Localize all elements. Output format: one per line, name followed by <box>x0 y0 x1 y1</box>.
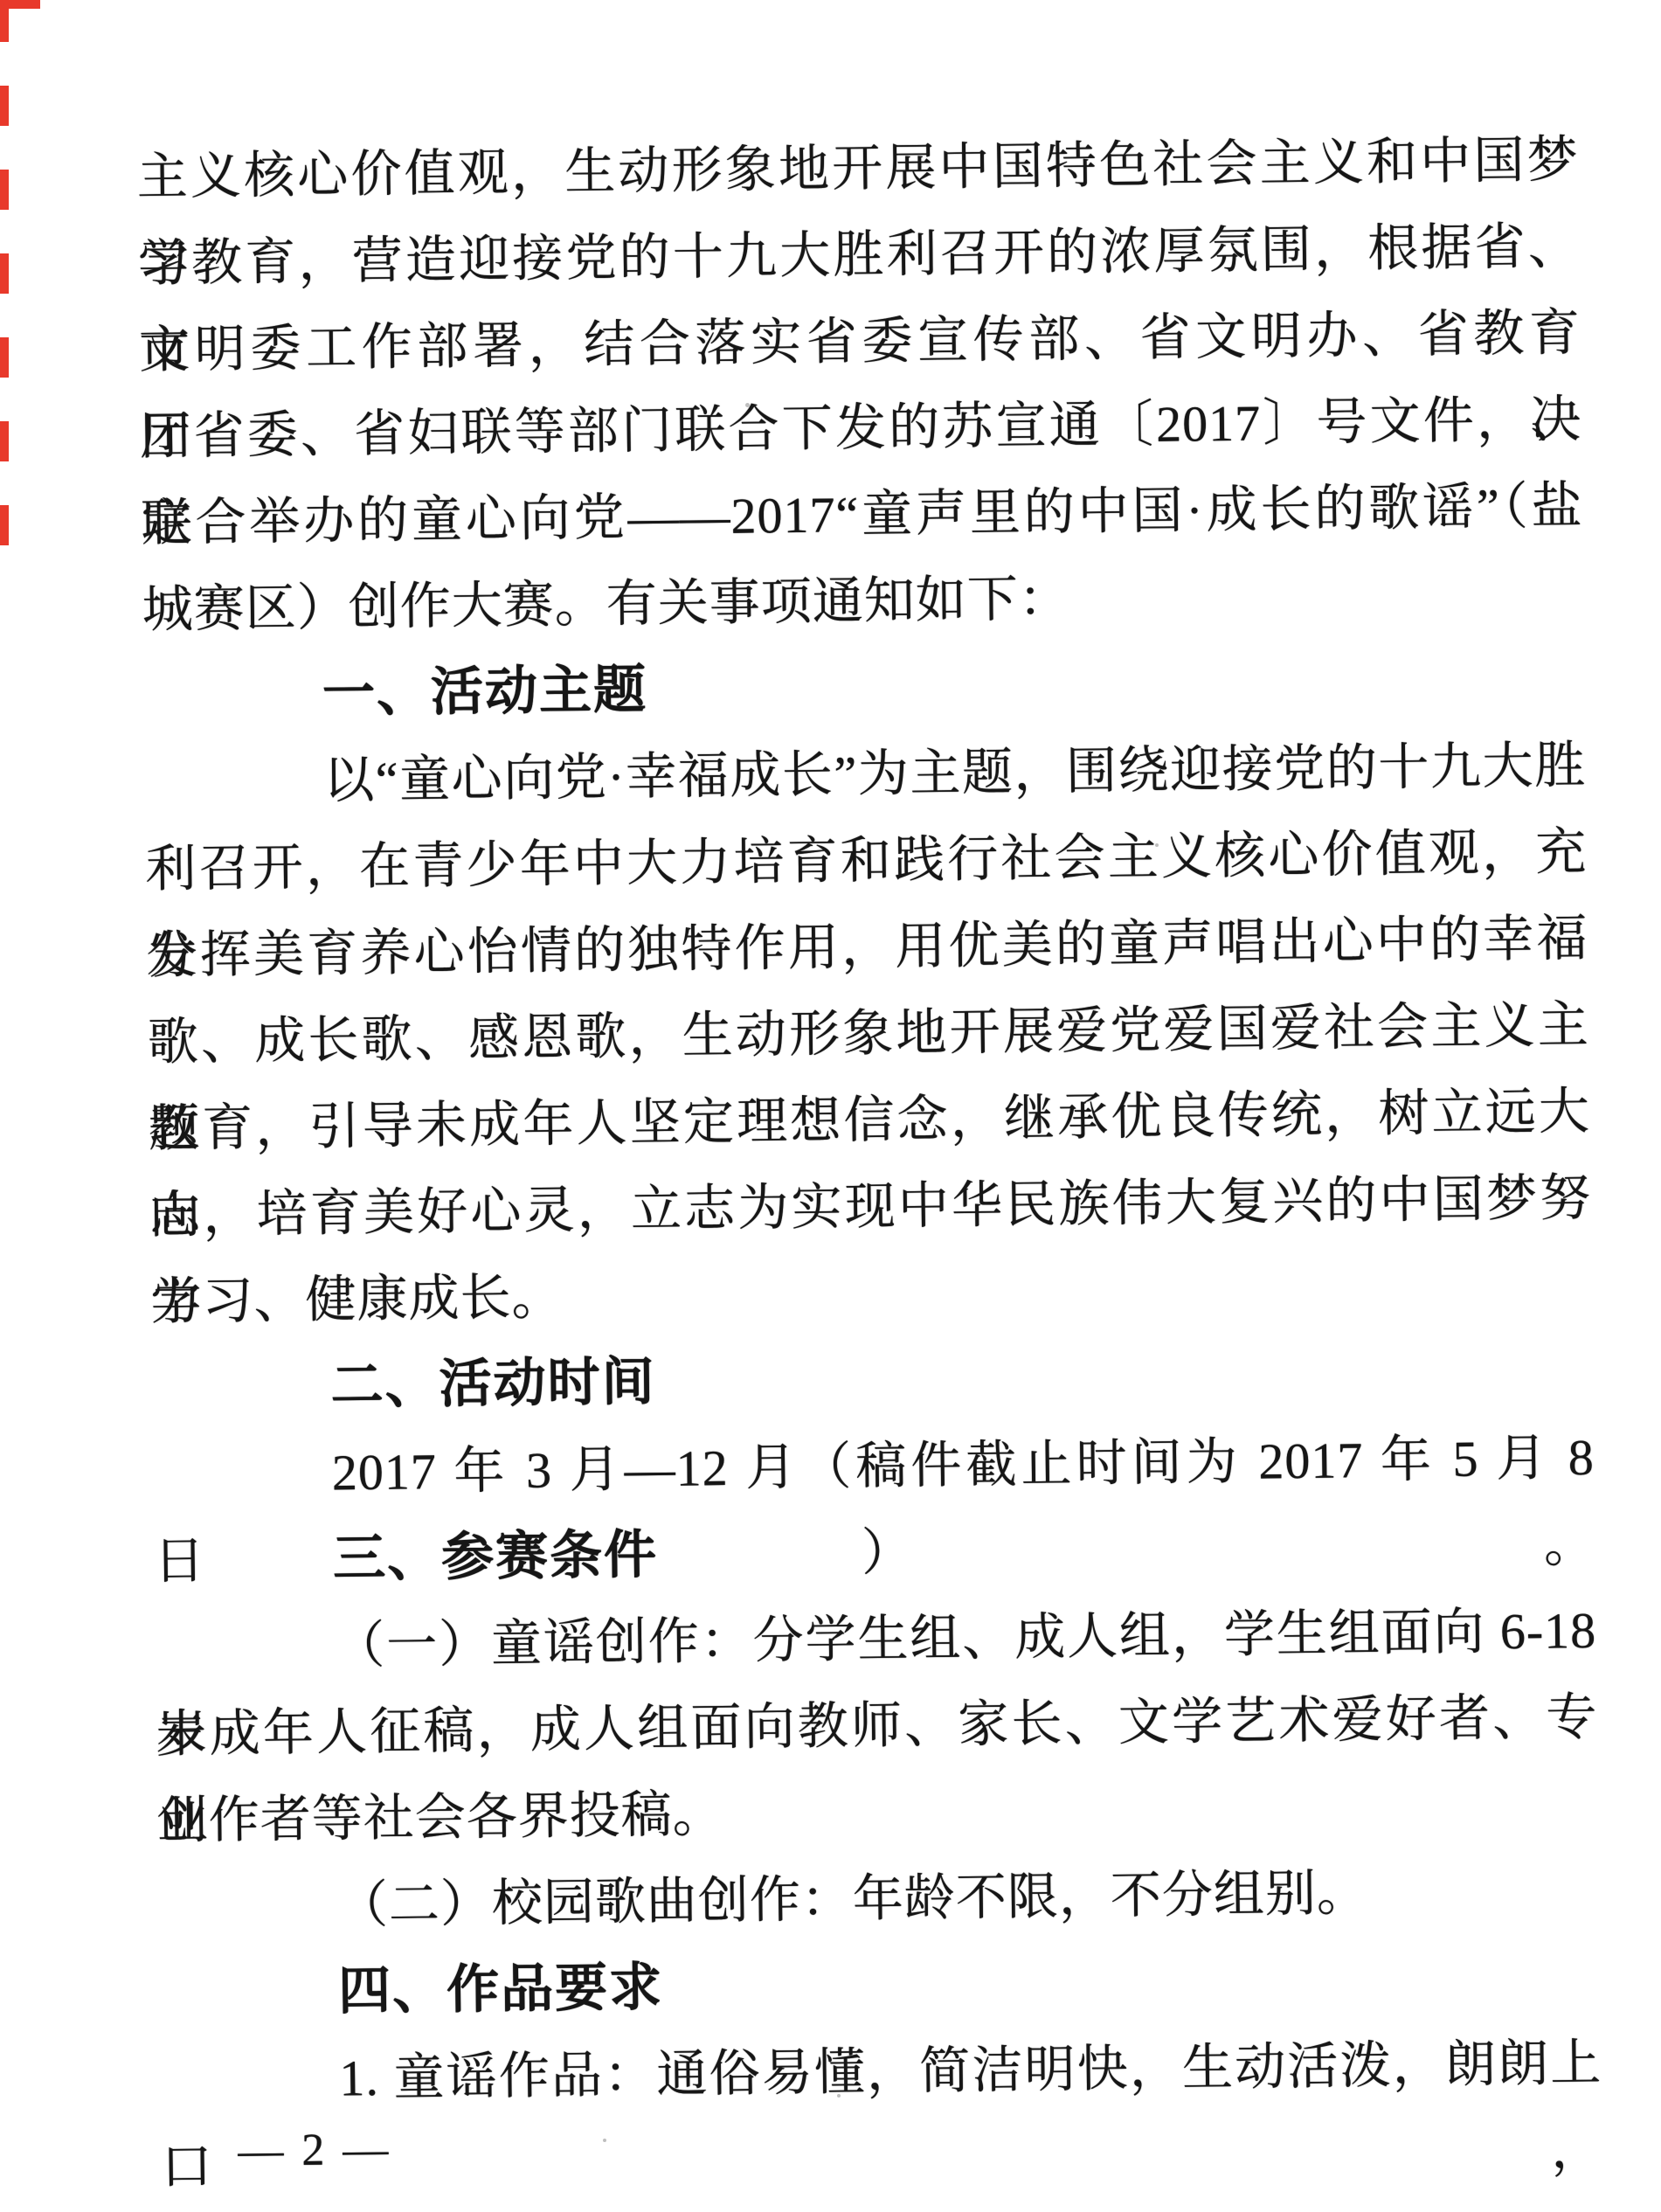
scan-edge-mark <box>0 253 9 294</box>
document-text-block: 主义核心价值观，生动形象地开展中国特色社会主义和中国梦学 习教育，营造迎接党的十… <box>136 116 1602 2124</box>
text-line: 联合举办的童心向党——2017“童声里的中国·成长的歌谣”（盐 <box>141 462 1583 566</box>
text-line: 2017 年 3 月—12 月（稿件截止时间为 2017 年 5 月 8 日）。 <box>152 1414 1595 1518</box>
text-line: 向，培育美好心灵，立志为实现中华民族伟大复兴的中国梦努力 <box>149 1155 1592 1259</box>
scan-edge-mark <box>0 505 9 545</box>
scan-edge-mark <box>0 421 9 461</box>
text-line: 1. 童谣作品：通俗易懂，简洁明快，生动活泼，朗朗上口， <box>160 2020 1602 2124</box>
scan-edge-mark <box>0 2 9 42</box>
page-number: — 2 — <box>238 2113 392 2188</box>
text-line: 未成年人征稿，成人组面向教师、家长、文学艺术爱好者、专业 <box>156 1674 1598 1778</box>
scanned-document-page: 主义核心价值观，生动形象地开展中国特色社会主义和中国梦学 习教育，营造迎接党的十… <box>0 0 1661 2212</box>
scan-edge-mark <box>0 86 9 126</box>
scan-edge-mark <box>0 337 9 378</box>
scan-edge-mark <box>0 170 9 210</box>
